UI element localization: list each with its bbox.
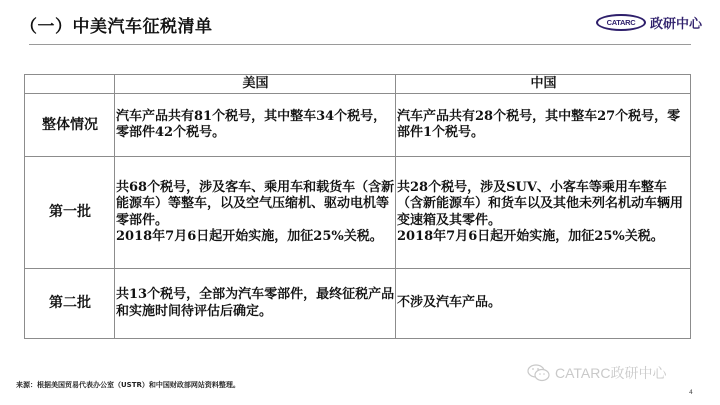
source-note: 来源：根据美国贸易代表办公室（USTR）和中国财政部网站资料整理。 [16, 380, 240, 390]
header-china: 中国 [396, 75, 691, 94]
watermark-text: CATARC政研中心 [555, 363, 666, 383]
catarc-logo: CATARC 政研中心 [596, 13, 702, 32]
cell-cn-overall: 汽车产品共有28个税号，其中整车27个税号，零部件1个税号。 [396, 94, 691, 157]
page-title: （一）中美汽车征税清单 [20, 12, 213, 37]
header-us: 美国 [115, 75, 396, 94]
tax-list-table: 美国 中国 整体情况 汽车产品共有81个税号，其中整车34个税号，零部件42个税… [24, 74, 691, 339]
cell-us-overall: 汽车产品共有81个税号，其中整车34个税号，零部件42个税号。 [115, 94, 396, 157]
header-empty [25, 75, 115, 94]
cell-us-batch-2: 共13个税号，全部为汽车零部件，最终征税产品和实施时间待评估后确定。 [115, 269, 396, 339]
cell-cn-batch-1: 共28个税号，涉及SUV、小客车等乘用车整车（含新能源车）和货车以及其他未列名机… [396, 157, 691, 269]
table-row: 第一批 共68个税号，涉及客车、乘用车和载货车（含新能源车）等整车，以及空气压缩… [25, 157, 691, 269]
wechat-icon [527, 364, 551, 382]
watermark: CATARC政研中心 [527, 363, 666, 383]
table-header-row: 美国 中国 [25, 75, 691, 94]
logo-text: 政研中心 [650, 13, 702, 32]
cell-us-batch-1: 共68个税号，涉及客车、乘用车和载货车（含新能源车）等整车，以及空气压缩机、驱动… [115, 157, 396, 269]
title-divider [29, 44, 691, 45]
table-row: 整体情况 汽车产品共有81个税号，其中整车34个税号，零部件42个税号。 汽车产… [25, 94, 691, 157]
row-label-batch-1: 第一批 [25, 157, 115, 269]
catarc-logo-mark: CATARC [596, 14, 646, 31]
row-label-batch-2: 第二批 [25, 269, 115, 339]
cell-cn-batch-2: 不涉及汽车产品。 [396, 269, 691, 339]
page-number: 4 [689, 389, 693, 396]
table-row: 第二批 共13个税号，全部为汽车零部件，最终征税产品和实施时间待评估后确定。 不… [25, 269, 691, 339]
row-label-overall: 整体情况 [25, 94, 115, 157]
